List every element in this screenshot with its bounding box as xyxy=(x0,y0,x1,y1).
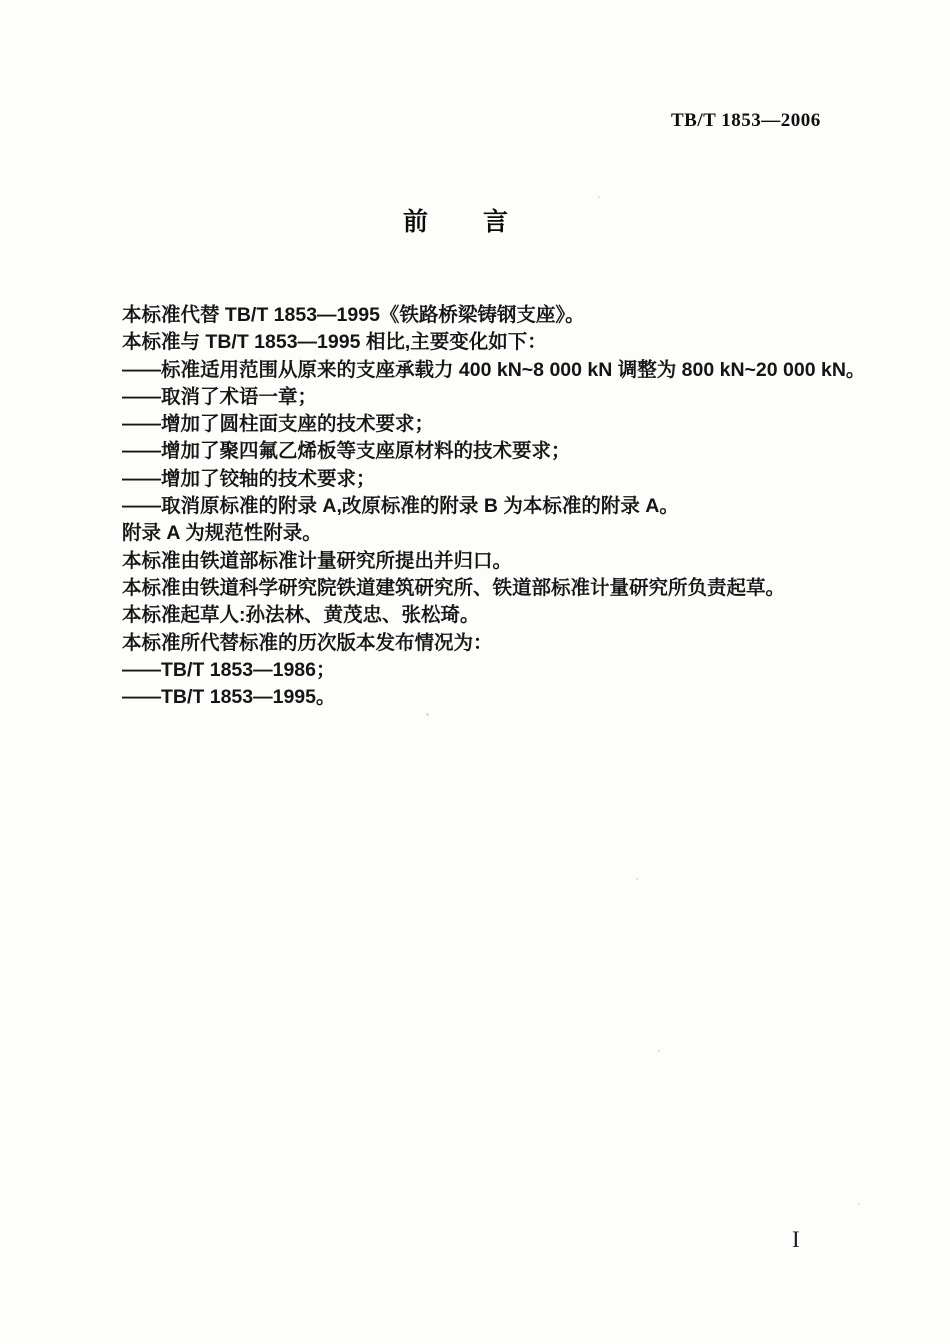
scan-speck xyxy=(426,713,429,716)
foreword-line-11: 本标准由铁道科学研究院铁道建筑研究所、铁道部标准计量研究所负责起草。 xyxy=(122,575,865,602)
foreword-line-15: ——TB/T 1853—1995。 xyxy=(122,684,865,711)
foreword-line-6: ——增加了聚四氟乙烯板等支座原材料的技术要求； xyxy=(122,438,865,465)
scan-speck xyxy=(658,1050,660,1052)
foreword-line-10: 本标准由铁道部标准计量研究所提出并归口。 xyxy=(122,548,865,575)
foreword-line-1: 本标准代替 TB/T 1853—1995《铁路桥梁铸钢支座》。 xyxy=(122,302,865,329)
foreword-line-3: ——标准适用范围从原来的支座承载力 400 kN~8 000 kN 调整为 80… xyxy=(122,357,865,384)
foreword-line-12: 本标准起草人:孙法林、黄茂忠、张松琦。 xyxy=(122,602,865,629)
foreword-title: 前 言 xyxy=(403,207,508,238)
foreword-line-7: ——增加了铰轴的技术要求； xyxy=(122,466,865,493)
foreword-line-13: 本标准所代替标准的历次版本发布情况为： xyxy=(122,630,865,657)
foreword-line-9: 附录 A 为规范性附录。 xyxy=(122,520,865,547)
scan-speck xyxy=(858,1203,860,1205)
foreword-line-14: ——TB/T 1853—1986； xyxy=(122,657,865,684)
document-page: TB/T 1853—2006 前 言 本标准代替 TB/T 1853—1995《… xyxy=(0,0,950,1344)
scan-speck xyxy=(636,878,638,880)
foreword-line-2: 本标准与 TB/T 1853—1995 相比,主要变化如下： xyxy=(122,329,865,356)
title-char-qian: 前 xyxy=(403,207,428,238)
foreword-line-5: ——增加了圆柱面支座的技术要求； xyxy=(122,411,865,438)
foreword-body: 本标准代替 TB/T 1853—1995《铁路桥梁铸钢支座》。 本标准与 TB/… xyxy=(122,302,865,711)
foreword-line-8: ——取消原标准的附录 A,改原标准的附录 B 为本标准的附录 A。 xyxy=(122,493,865,520)
standard-code: TB/T 1853—2006 xyxy=(671,110,821,132)
title-char-yan: 言 xyxy=(483,207,508,238)
scan-speck xyxy=(598,196,600,198)
foreword-line-4: ——取消了术语一章； xyxy=(122,384,865,411)
page-number: I xyxy=(792,1227,800,1253)
